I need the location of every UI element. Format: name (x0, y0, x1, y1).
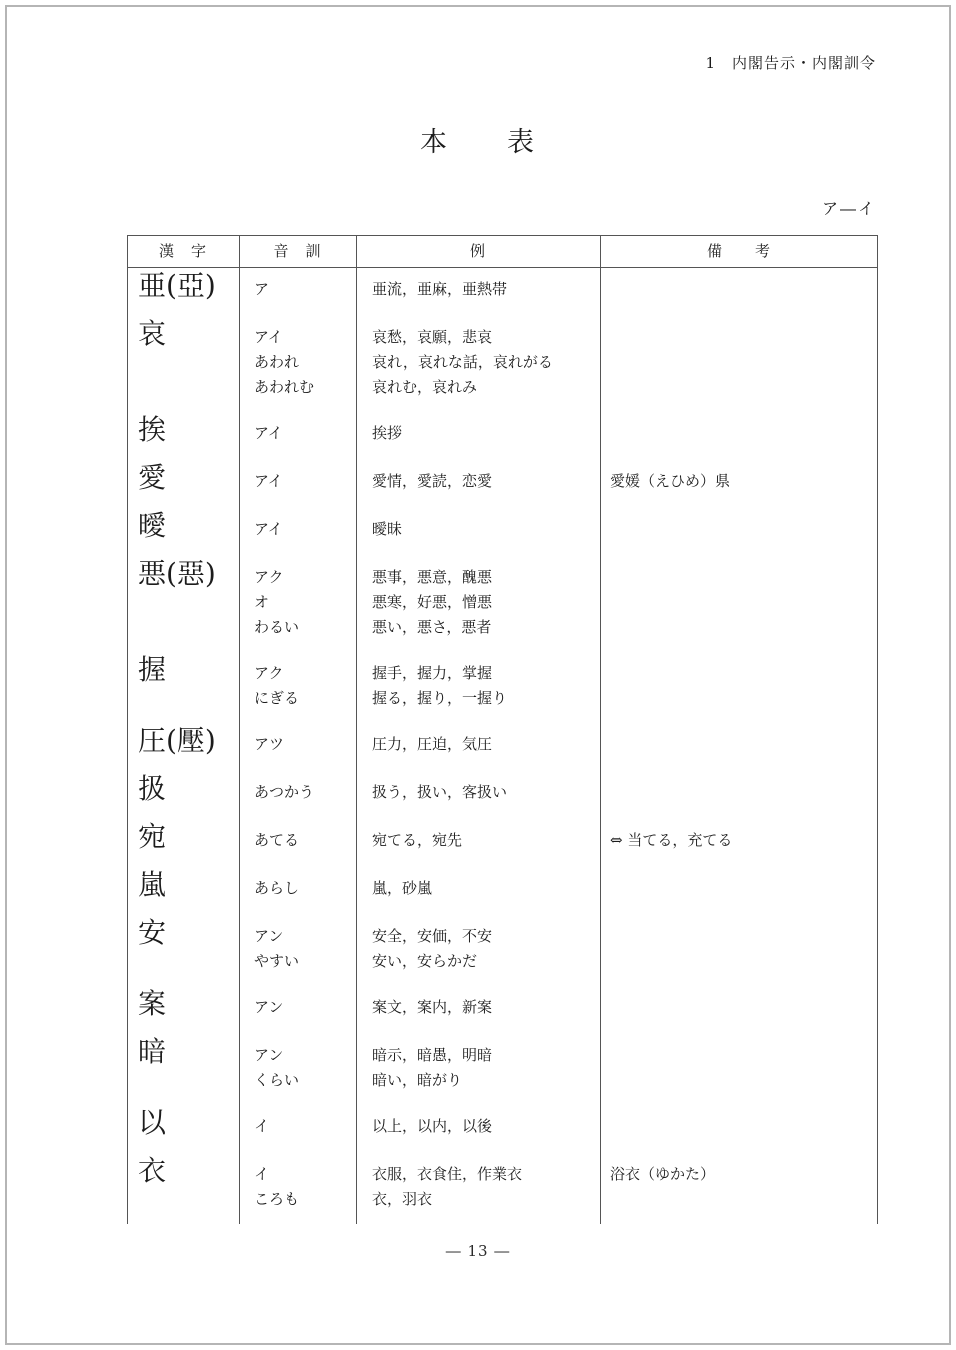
remarks-cell (600, 867, 878, 903)
example-line: 悪い，悪さ，悪者 (372, 615, 600, 640)
readings-cell: アクオわるい (239, 556, 356, 640)
kana-range-label: ア―イ (822, 196, 876, 219)
kanji-cell: 亜(亞) (127, 268, 239, 304)
readings-cell: アンくらい (239, 1034, 356, 1093)
example-line: 圧力，圧迫，気圧 (372, 732, 600, 757)
example-line: 哀愁，哀願，悲哀 (372, 325, 600, 350)
example-line: 曖昧 (372, 517, 600, 542)
remarks-cell (600, 268, 878, 304)
reading-line: アイ (254, 517, 356, 542)
example-line: 安い，安らかだ (372, 949, 600, 974)
reading-line: にぎる (254, 686, 356, 711)
kanji-cell: 愛 (127, 460, 239, 496)
examples-cell: 哀愁，哀願，悲哀哀れ，哀れな話，哀れがる哀れむ，哀れみ (356, 316, 600, 400)
examples-cell: 衣服，衣食住，作業衣衣，羽衣 (356, 1153, 600, 1212)
kanji-cell: 哀 (127, 316, 239, 400)
reading-line: アン (254, 924, 356, 949)
kanji-cell: 案 (127, 986, 239, 1022)
remarks-cell (600, 1105, 878, 1141)
kanji-cell: 嵐 (127, 867, 239, 903)
header-rei: 例 (356, 236, 600, 267)
readings-cell: あつかう (239, 771, 356, 807)
reading-line: ころも (254, 1187, 356, 1212)
reading-line: アイ (254, 325, 356, 350)
column-divider-onkun-rei (356, 236, 357, 1224)
remarks-cell: 浴衣（ゆかた） (600, 1153, 878, 1212)
example-line: 悪事，悪意，醜悪 (372, 565, 600, 590)
reading-line: あわれむ (254, 375, 356, 400)
examples-cell: 案文，案内，新案 (356, 986, 600, 1022)
example-line: 暗い，暗がり (372, 1068, 600, 1093)
remarks-cell (600, 508, 878, 544)
example-line: 哀れ，哀れな話，哀れがる (372, 350, 600, 375)
readings-cell: あてる (239, 819, 356, 855)
example-line: 以上，以内，以後 (372, 1114, 600, 1139)
example-line: 愛情，愛読，恋愛 (372, 469, 600, 494)
example-line: 安全，安価，不安 (372, 924, 600, 949)
header-kanji: 漢 字 (127, 236, 239, 267)
kanji-cell: 暗 (127, 1034, 239, 1093)
reading-line: オ (254, 590, 356, 615)
example-line: 挨拶 (372, 421, 600, 446)
kanji-cell: 以 (127, 1105, 239, 1141)
readings-cell: アイあわれあわれむ (239, 316, 356, 400)
reading-line: アン (254, 995, 356, 1020)
readings-cell: アイ (239, 460, 356, 496)
example-line: 握手，握力，掌握 (372, 661, 600, 686)
kanji-cell: 安 (127, 915, 239, 974)
reading-line: あつかう (254, 780, 356, 805)
page-number: ― 13 ― (0, 1242, 956, 1260)
example-line: 衣，羽衣 (372, 1187, 600, 1212)
examples-cell: 圧力，圧迫，気圧 (356, 723, 600, 759)
reading-line: アク (254, 565, 356, 590)
kanji-table: 漢 字 音 訓 例 備 考 亜(亞) ア 亜流，亜麻，亜熱帯 哀 アイあわれあわ… (127, 235, 878, 1224)
readings-cell: アツ (239, 723, 356, 759)
examples-cell: 悪事，悪意，醜悪悪寒，好悪，憎悪悪い，悪さ，悪者 (356, 556, 600, 640)
remarks-cell (600, 986, 878, 1022)
examples-cell: 曖昧 (356, 508, 600, 544)
kanji-cell: 宛 (127, 819, 239, 855)
document-page: 1 内閣告示・内閣訓令 本 表 ア―イ 漢 字 音 訓 例 備 考 亜(亞) ア… (0, 0, 956, 1350)
readings-cell: あらし (239, 867, 356, 903)
examples-cell: 扱う，扱い，客扱い (356, 771, 600, 807)
kanji-cell: 扱 (127, 771, 239, 807)
readings-cell: アクにぎる (239, 652, 356, 711)
column-divider-kanji-onkun (239, 236, 240, 1224)
example-line: 衣服，衣食住，作業衣 (372, 1162, 600, 1187)
example-line: 案文，案内，新案 (372, 995, 600, 1020)
remarks-cell: 愛媛（えひめ）県 (600, 460, 878, 496)
remark-line: 浴衣（ゆかた） (610, 1162, 878, 1187)
readings-cell: イころも (239, 1153, 356, 1212)
reading-line: アツ (254, 732, 356, 757)
readings-cell: アイ (239, 508, 356, 544)
examples-cell: 挨拶 (356, 412, 600, 448)
reading-line: あわれ (254, 350, 356, 375)
example-line: 宛てる，宛先 (372, 828, 600, 853)
examples-cell: 愛情，愛読，恋愛 (356, 460, 600, 496)
readings-cell: ア (239, 268, 356, 304)
kanji-cell: 挨 (127, 412, 239, 448)
kanji-cell: 悪(惡) (127, 556, 239, 640)
remark-line: ⇔ 当てる，充てる (610, 828, 878, 853)
remarks-cell (600, 723, 878, 759)
kanji-cell: 握 (127, 652, 239, 711)
remarks-cell (600, 1034, 878, 1093)
remarks-cell (600, 316, 878, 400)
example-line: 悪寒，好悪，憎悪 (372, 590, 600, 615)
remarks-cell: ⇔ 当てる，充てる (600, 819, 878, 855)
reading-line: イ (254, 1114, 356, 1139)
reading-line: ア (254, 277, 356, 302)
readings-cell: アン (239, 986, 356, 1022)
readings-cell: アンやすい (239, 915, 356, 974)
examples-cell: 暗示，暗愚，明暗暗い，暗がり (356, 1034, 600, 1093)
reading-line: アイ (254, 421, 356, 446)
readings-cell: アイ (239, 412, 356, 448)
remark-line: 愛媛（えひめ）県 (610, 469, 878, 494)
header-onkun: 音 訓 (239, 236, 356, 267)
remarks-cell (600, 412, 878, 448)
examples-cell: 宛てる，宛先 (356, 819, 600, 855)
reading-line: あらし (254, 876, 356, 901)
examples-cell: 安全，安価，不安安い，安らかだ (356, 915, 600, 974)
column-divider-rei-biko (600, 236, 601, 1224)
reading-line: イ (254, 1162, 356, 1187)
reading-line: くらい (254, 1068, 356, 1093)
examples-cell: 以上，以内，以後 (356, 1105, 600, 1141)
remarks-cell (600, 915, 878, 974)
example-line: 扱う，扱い，客扱い (372, 780, 600, 805)
kanji-cell: 圧(壓) (127, 723, 239, 759)
example-line: 亜流，亜麻，亜熱帯 (372, 277, 600, 302)
table-border-left (127, 236, 128, 1224)
kanji-cell: 衣 (127, 1153, 239, 1212)
reading-line: アイ (254, 469, 356, 494)
remarks-cell (600, 652, 878, 711)
reading-line: わるい (254, 615, 356, 640)
example-line: 握る，握り，一握り (372, 686, 600, 711)
remarks-cell (600, 556, 878, 640)
header-biko: 備 考 (600, 236, 878, 267)
remarks-cell (600, 771, 878, 807)
examples-cell: 亜流，亜麻，亜熱帯 (356, 268, 600, 304)
example-line: 暗示，暗愚，明暗 (372, 1043, 600, 1068)
reading-line: アク (254, 661, 356, 686)
examples-cell: 嵐，砂嵐 (356, 867, 600, 903)
readings-cell: イ (239, 1105, 356, 1141)
page-title: 本 表 (0, 120, 956, 159)
reading-line: あてる (254, 828, 356, 853)
kanji-cell: 曖 (127, 508, 239, 544)
example-line: 嵐，砂嵐 (372, 876, 600, 901)
running-header: 1 内閣告示・内閣訓令 (705, 52, 876, 73)
reading-line: やすい (254, 949, 356, 974)
examples-cell: 握手，握力，掌握握る，握り，一握り (356, 652, 600, 711)
table-border-right (877, 236, 878, 1224)
example-line: 哀れむ，哀れみ (372, 375, 600, 400)
reading-line: アン (254, 1043, 356, 1068)
